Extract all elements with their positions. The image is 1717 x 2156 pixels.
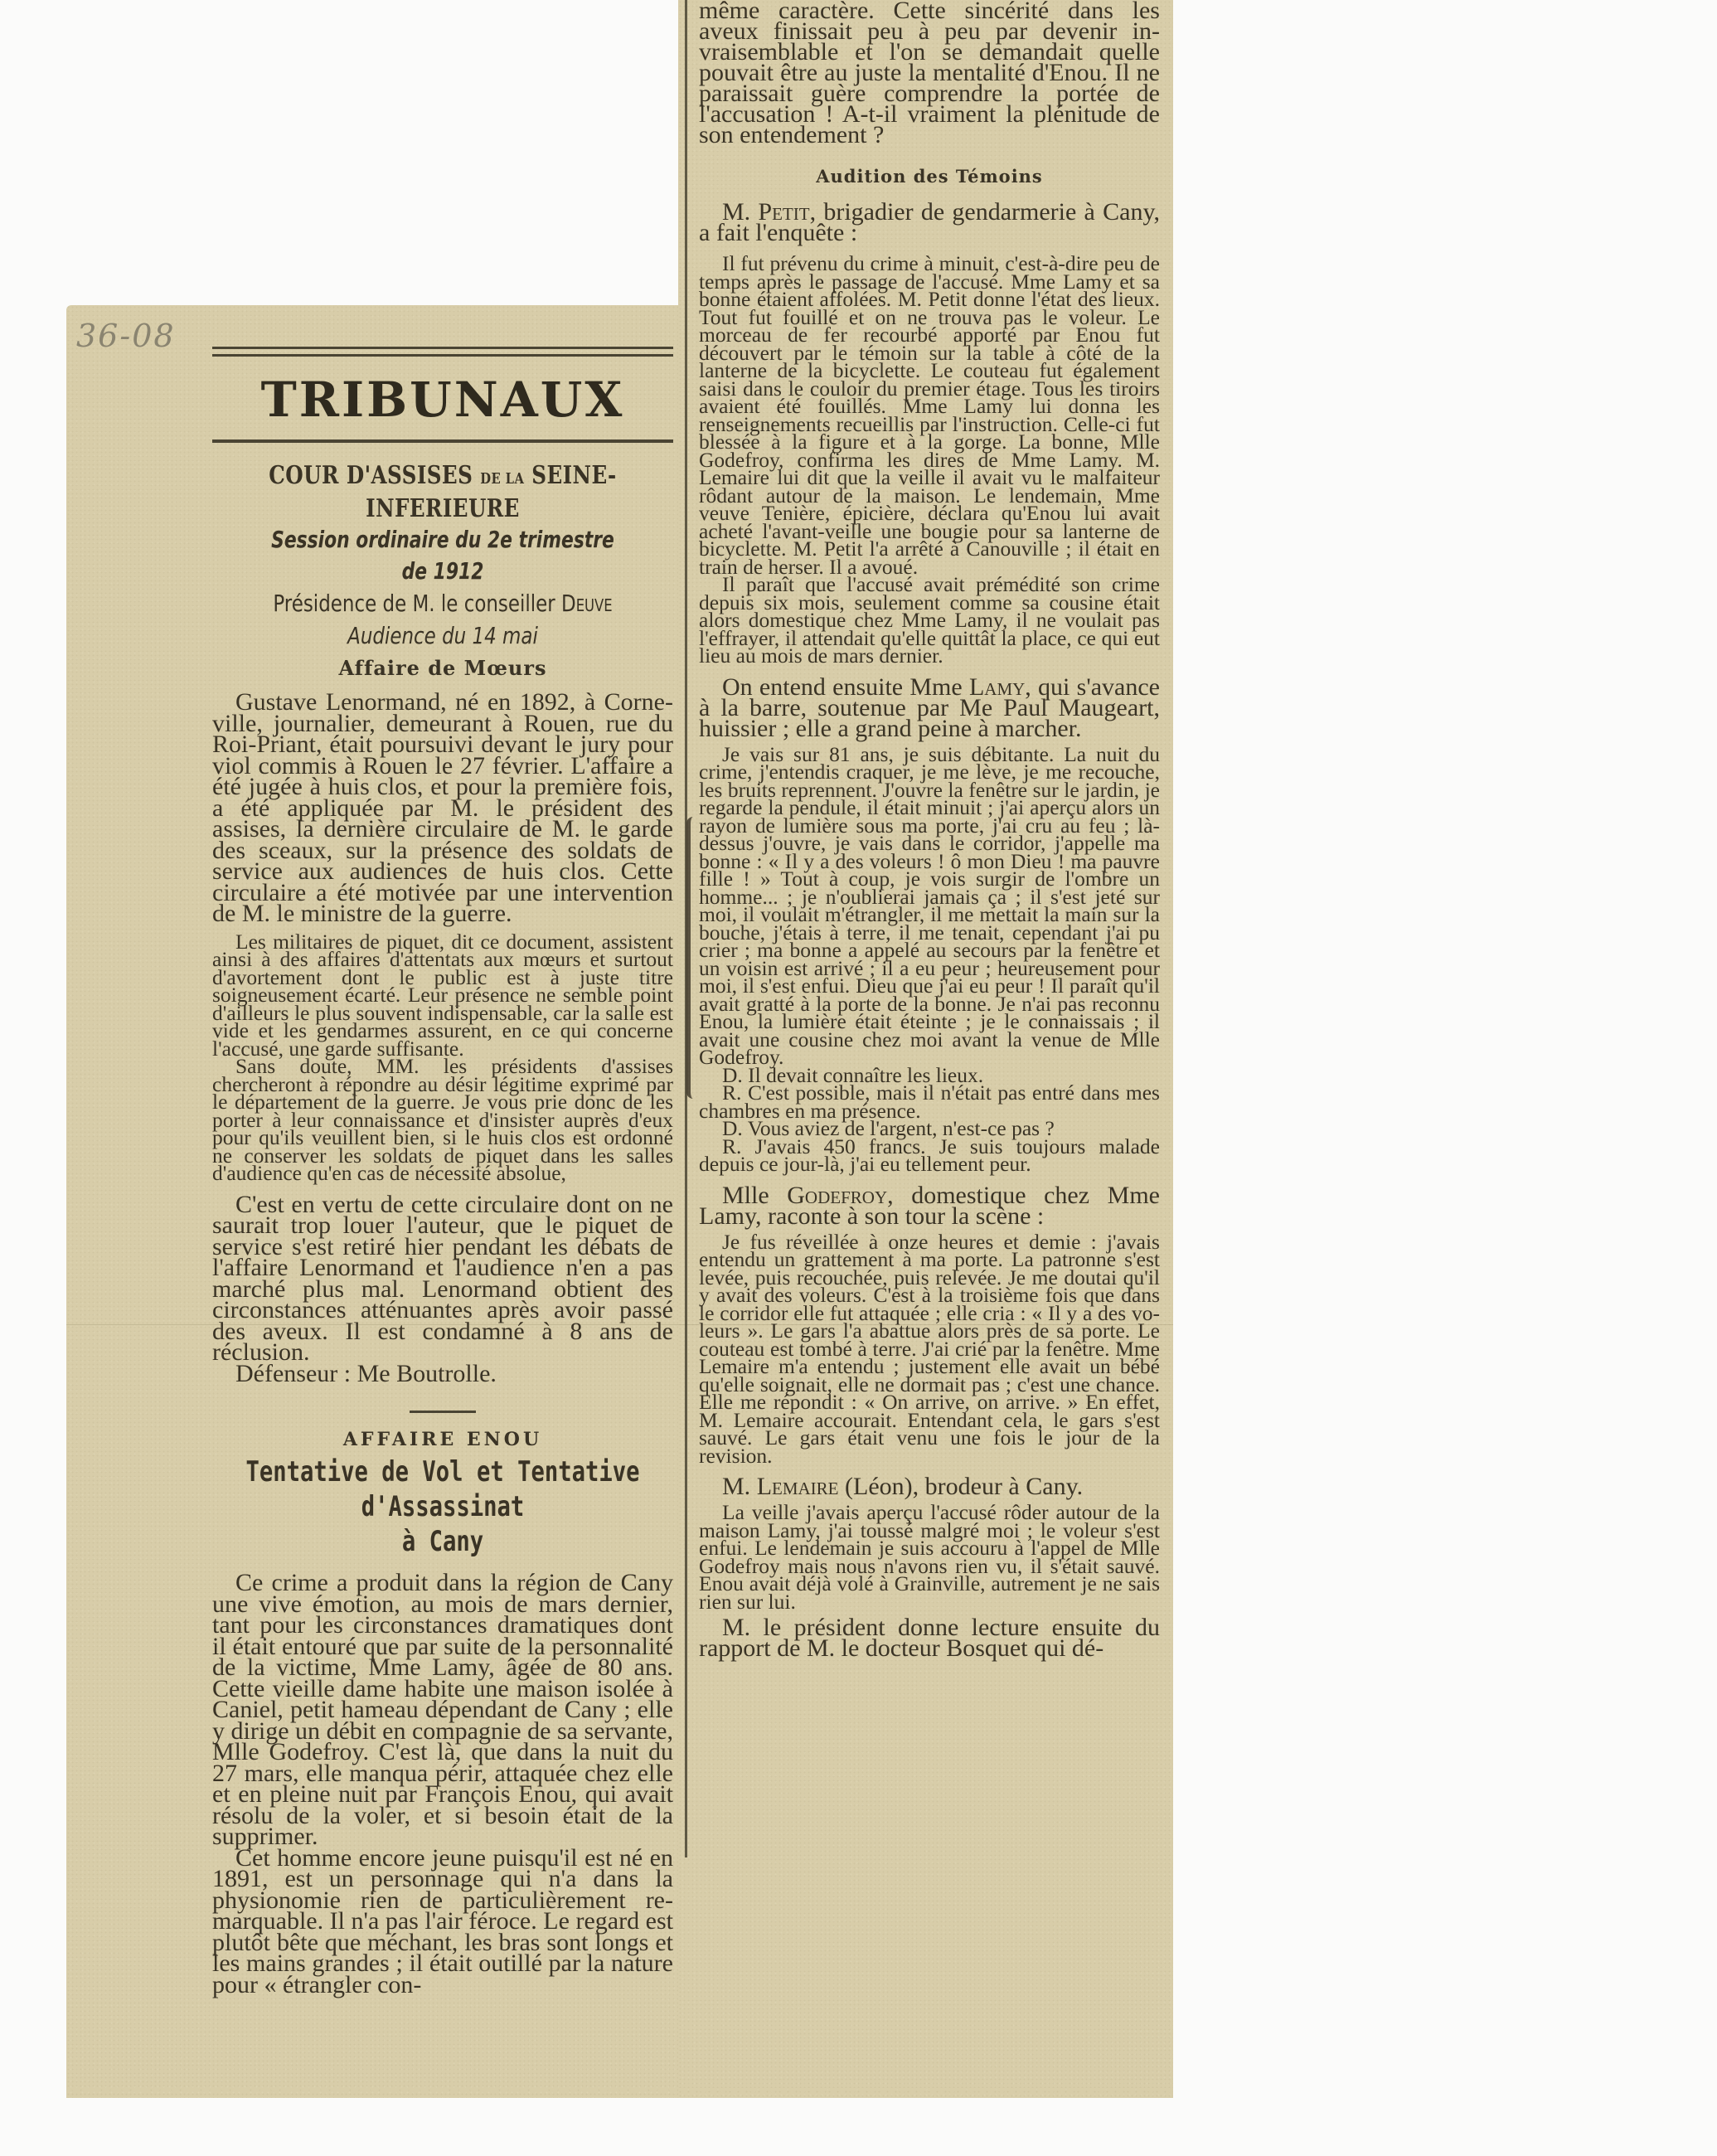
court-name: COUR D'ASSISES DE LA SEINE-INFERIEURE — [254, 461, 632, 524]
final-paragraph: M. le président donne lecture ensuite du… — [699, 1617, 1160, 1658]
witness-lamy-testimony: Je vais sur 81 ans, je suis débitante. L… — [699, 745, 1160, 1066]
witness-lamy-intro: On entend ensuite Mme Lamy, qui s'avance… — [699, 677, 1160, 739]
handwritten-bracket — [686, 817, 699, 1099]
masthead-rule-bottom — [212, 439, 673, 443]
witness-godefroy-intro: Mlle Godefroy, domestique chez Mme Lamy,… — [699, 1185, 1160, 1226]
masthead-title: TRIBUNAUX — [212, 375, 673, 425]
section-separator — [410, 1411, 476, 1413]
session-line: Session ordinaire du 2e trimestre de 191… — [263, 524, 623, 587]
case2-headline: Tentative de Vol et Tentative d'Assassin… — [219, 1454, 667, 1559]
case1-defense: Défenseur : Me Boutrolle. — [212, 1363, 673, 1385]
right-column: même caractère. Cette sincérité dans les… — [699, 0, 1160, 1658]
audience-date: Audience du 14 mai — [254, 620, 632, 652]
case2-intro: Ce crime a produit dans la région de Can… — [212, 1572, 673, 1848]
witness-petit-intro: M. Petit, brigadier de gendarmerie à Can… — [699, 202, 1160, 243]
witness-petit-testimony: Il paraît que l'accusé avait prémédité s… — [699, 575, 1160, 665]
case2-intro: Cet homme encore jeune puisqu'il est né … — [212, 1848, 673, 1996]
masthead-rule-top — [212, 347, 673, 357]
witness-lemaire-intro: M. Lemaire (Léon), brodeur à Cany. — [699, 1476, 1160, 1497]
case1-paragraph: Gustave Lenormand, né en 1892, à Corne­v… — [212, 692, 673, 925]
witness-godefroy-testimony: Je fus réveillée à onze heures et demie … — [699, 1233, 1160, 1465]
circular-quote: Sans doute, MM. les présidents d'assises… — [212, 1057, 673, 1182]
case1-closing: C'est en vertu de cette circulaire dont … — [212, 1194, 673, 1363]
witness-petit-testimony: Il fut prévenu du crime à minuit, c'est-… — [699, 255, 1160, 575]
case1-title: Affaire de Mœurs — [212, 652, 673, 685]
pencil-annotation: 36-08 — [76, 318, 176, 354]
case2-kicker: AFFAIRE ENOU — [212, 1428, 673, 1451]
dialogue-line: R. C'est possible, mais il n'était pas e… — [699, 1084, 1160, 1119]
witness-lemaire-testimony: La veille j'avais aperçu l'accusé rôder … — [699, 1503, 1160, 1610]
witnesses-heading: Audition des Témoins — [699, 163, 1160, 190]
dialogue-line: R. J'avais 450 francs. Je suis toujours … — [699, 1138, 1160, 1173]
presidency-line: Présidence de M. le conseiller Deuve — [254, 587, 632, 620]
continued-text: même caractère. Cette sincérité dans les… — [699, 0, 1160, 145]
circular-quote: Les militaires de piquet, dit ce documen… — [212, 933, 673, 1058]
torn-bottom-edge — [66, 2088, 1173, 2101]
left-column: TRIBUNAUX COUR D'ASSISES DE LA SEINE-INF… — [212, 325, 673, 1995]
